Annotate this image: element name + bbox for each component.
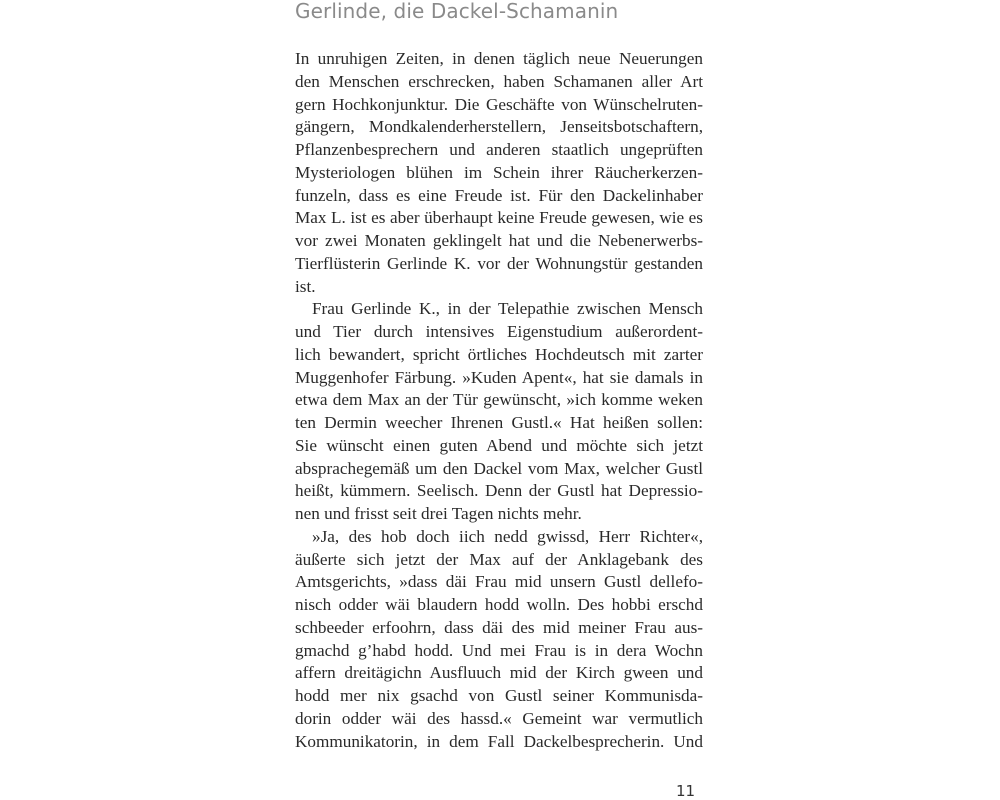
text-line: affern dreitägichn Ausfluuch mid der Kir… [295, 662, 703, 685]
paragraph-1: In unruhigen Zeiten, in denen täglich ne… [295, 48, 703, 298]
text-line: funzeln, dass es eine Freude ist. Für de… [295, 185, 703, 208]
text-line: gmachd g’habd hodd. Und mei Frau is in d… [295, 640, 703, 663]
text-line: Muggenhofer Färbung. »Kuden Apent«, hat … [295, 367, 703, 390]
text-line: absprachegemäß um den Dackel vom Max, we… [295, 458, 703, 481]
text-line: schbeeder erfoohrn, dass däi des mid mei… [295, 617, 703, 640]
text-line: nisch odder wäi blaudern hodd wolln. Des… [295, 594, 703, 617]
text-line: lich bewandert, spricht örtliches Hochde… [295, 344, 703, 367]
text-line: äußerte sich jetzt der Max auf der Ankla… [295, 549, 703, 572]
text-line: heißt, kümmern. Seelisch. Denn der Gustl… [295, 480, 703, 503]
text-line: gängern, Mondkalenderherstellern, Jensei… [295, 116, 703, 139]
chapter-title: Gerlinde, die Dackel-Schamanin [295, 0, 618, 23]
text-line: In unruhigen Zeiten, in denen täglich ne… [295, 48, 703, 71]
text-line: Pflanzenbesprechern und anderen staatlic… [295, 139, 703, 162]
text-line: und Tier durch intensives Eigenstudium a… [295, 321, 703, 344]
text-line: Sie wünscht einen guten Abend und möchte… [295, 435, 703, 458]
text-line: Max L. ist es aber überhaupt keine Freud… [295, 207, 703, 230]
text-line: ten Dermin weecher Ihrenen Gustl.« Hat h… [295, 412, 703, 435]
text-line: gern Hochkonjunktur. Die Geschäfte von W… [295, 94, 703, 117]
text-line: »Ja, des hob doch iich nedd gwissd, Herr… [295, 526, 703, 549]
text-line: Mysteriologen blühen im Schein ihrer Räu… [295, 162, 703, 185]
text-line: Tierflüsterin Gerlinde K. vor der Wohnun… [295, 253, 703, 276]
text-line: Amtsgerichts, »dass däi Frau mid unsern … [295, 571, 703, 594]
text-line: ist. [295, 276, 703, 299]
text-line: den Menschen erschrecken, haben Schamane… [295, 71, 703, 94]
paragraph-3: »Ja, des hob doch iich nedd gwissd, Herr… [295, 526, 703, 754]
paragraph-2: Frau Gerlinde K., in der Telepathie zwis… [295, 298, 703, 526]
text-line: nen und frisst seit drei Tagen nichts me… [295, 503, 703, 526]
text-line: dorin odder wäi des hassd.« Gemeint war … [295, 708, 703, 731]
text-line: Frau Gerlinde K., in der Telepathie zwis… [295, 298, 703, 321]
page-number: 11 [676, 782, 695, 800]
text-line: hodd mer nix gsachd von Gustl seiner Kom… [295, 685, 703, 708]
text-line: vor zwei Monaten geklingelt hat und die … [295, 230, 703, 253]
text-line: Kommunikatorin, in dem Fall Dackelbespre… [295, 731, 703, 754]
body-text: In unruhigen Zeiten, in denen täglich ne… [295, 48, 703, 753]
text-line: etwa dem Max an der Tür gewünscht, »ich … [295, 389, 703, 412]
